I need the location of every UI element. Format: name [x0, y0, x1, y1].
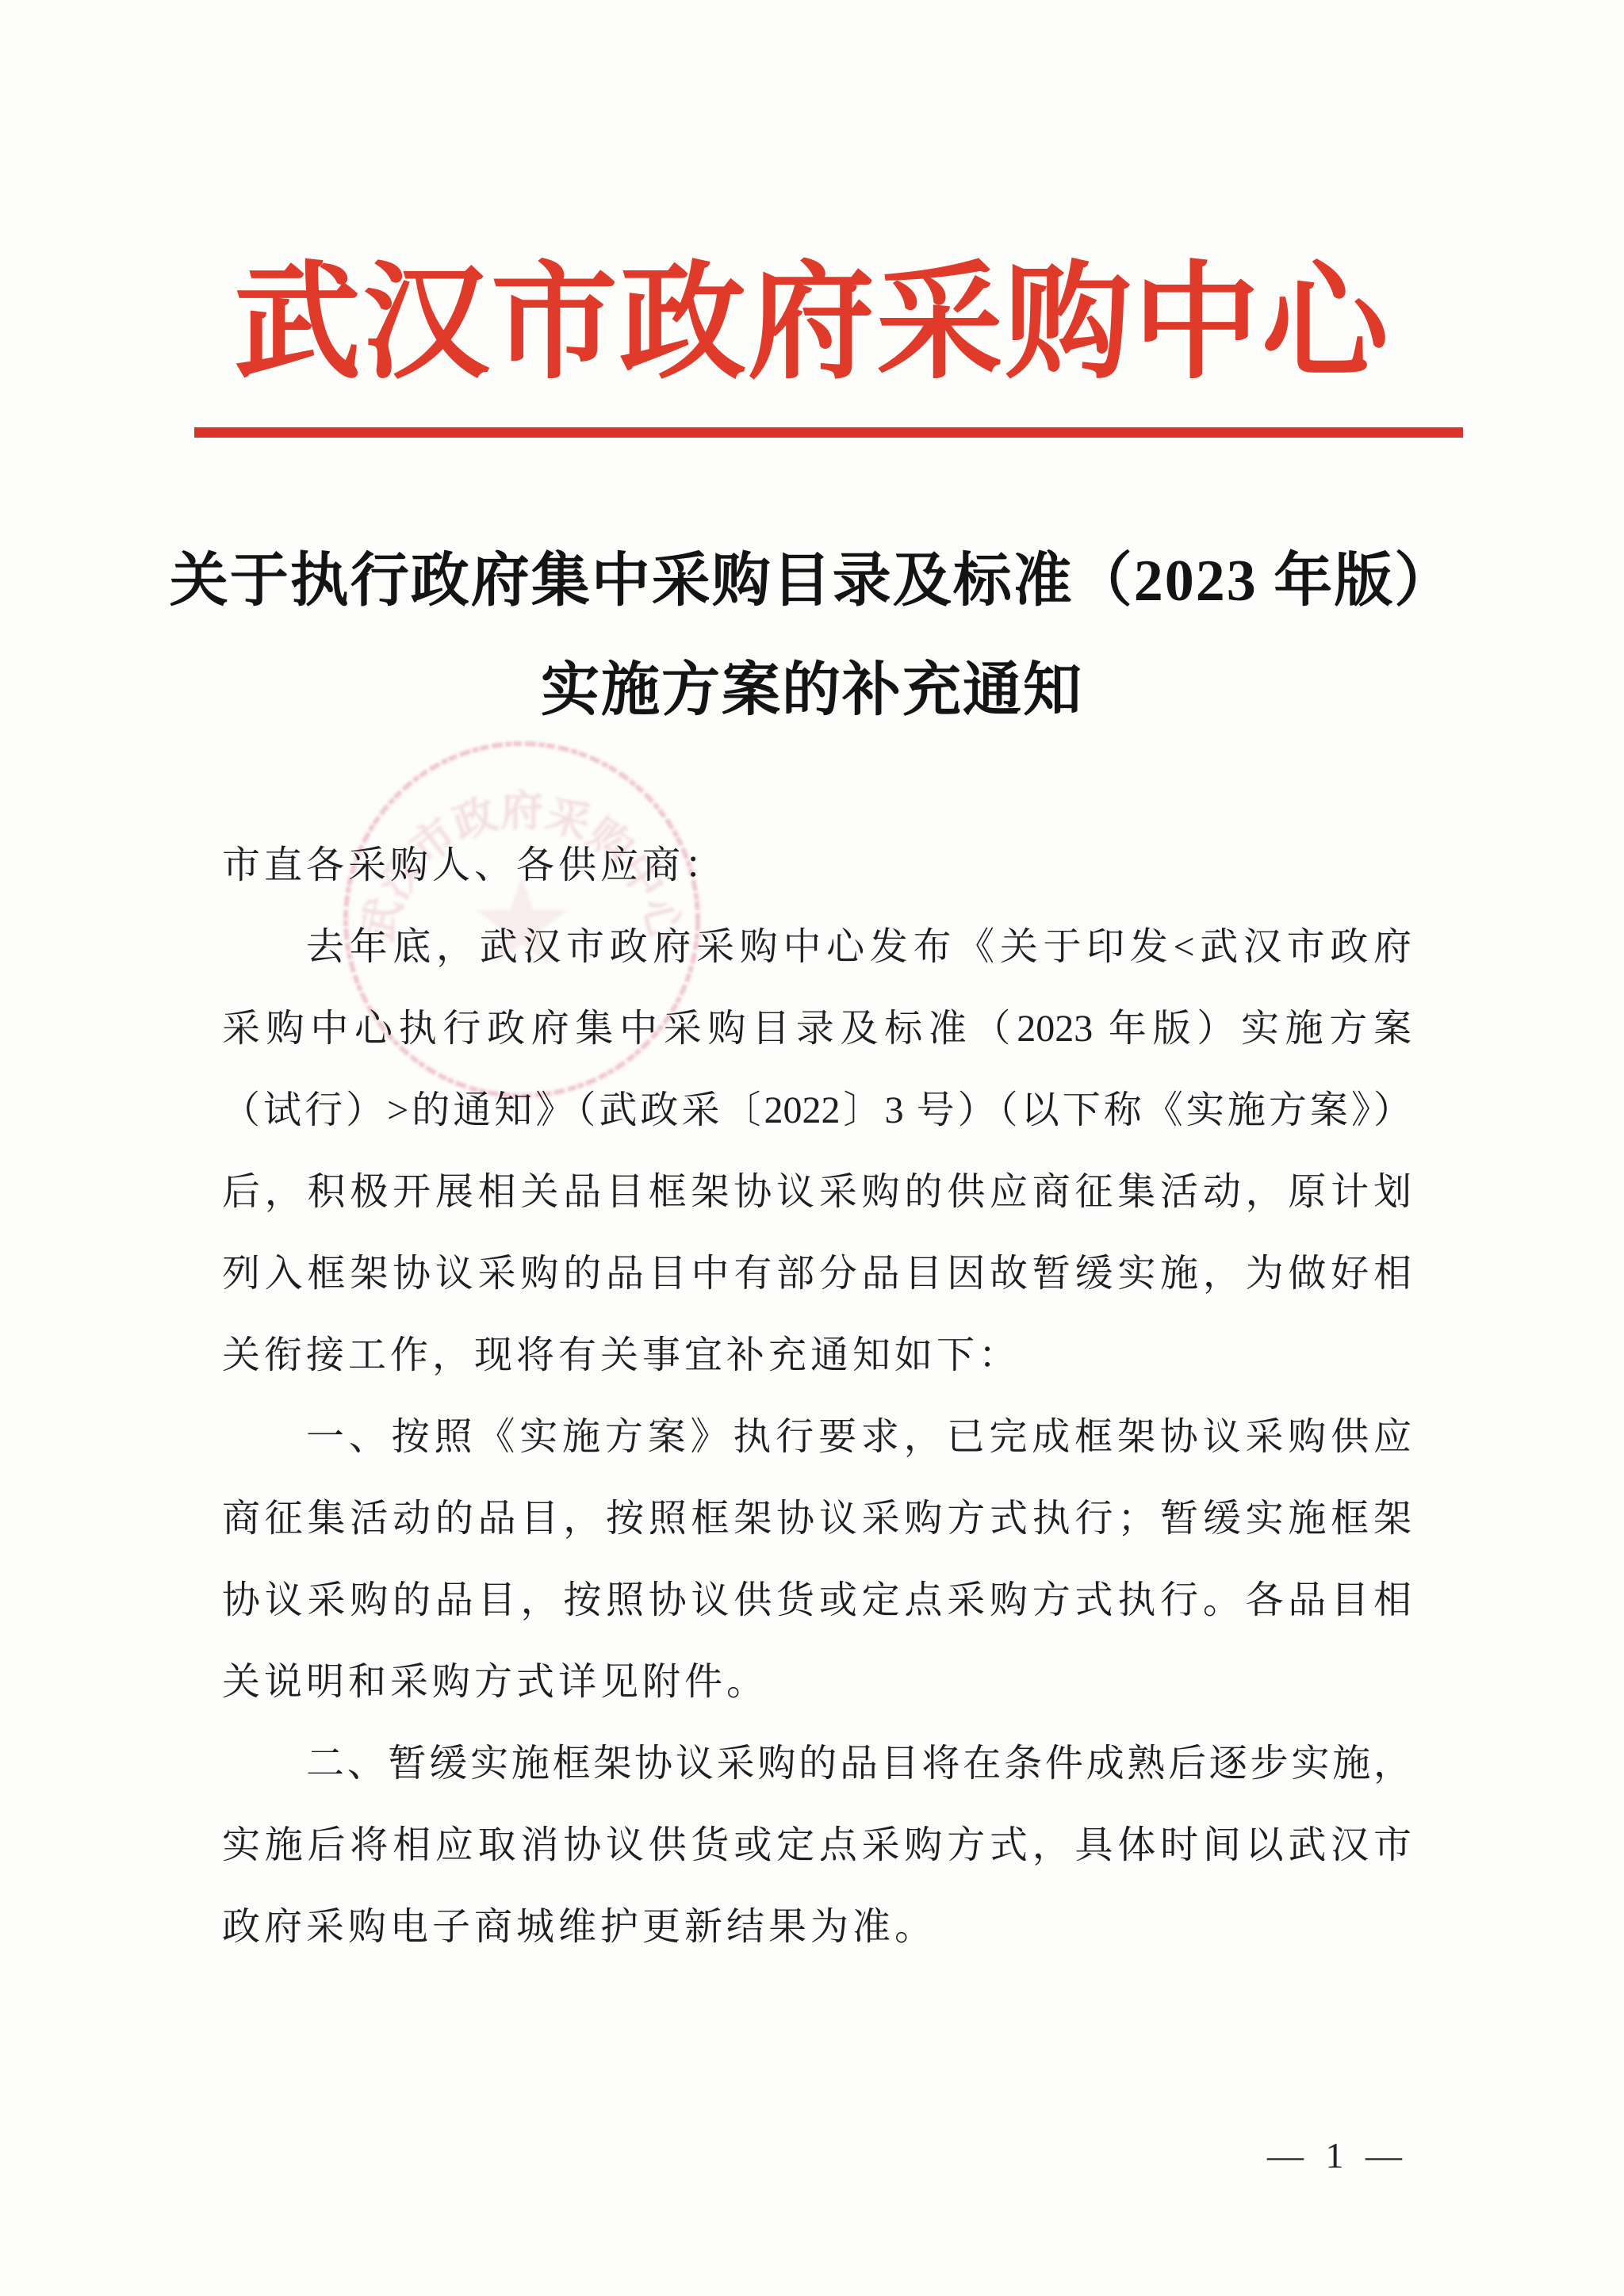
document-title: 关于执行政府集中采购目录及标准（2023 年版） 实施方案的补充通知 — [0, 526, 1624, 745]
document-title-line1: 关于执行政府集中采购目录及标准（2023 年版） — [0, 526, 1624, 636]
document-title-line2: 实施方案的补充通知 — [0, 636, 1624, 745]
letterhead-divider — [194, 427, 1463, 438]
body-line: 市直各采购人、各供应商： — [222, 825, 1411, 906]
body-line: （试行）>的通知》（武政采〔2022〕3 号）（以下称《实施方案》） — [222, 1070, 1411, 1151]
page-number: — 1 — — [1267, 2134, 1408, 2176]
body-line: 商征集活动的品目，按照框架协议采购方式执行；暂缓实施框架 — [222, 1478, 1411, 1559]
body-line: 去年底，武汉市政府采购中心发布《关于印发<武汉市政府 — [222, 906, 1411, 988]
body-line: 关说明和采购方式详见附件。 — [222, 1641, 1411, 1723]
body-text: 市直各采购人、各供应商：去年底，武汉市政府采购中心发布《关于印发<武汉市政府采购… — [222, 825, 1411, 1968]
body-line: 二、暂缓实施框架协议采购的品目将在条件成熟后逐步实施， — [222, 1723, 1411, 1804]
body-line: 实施后将相应取消协议供货或定点采购方式，具体时间以武汉市 — [222, 1804, 1411, 1886]
body-line: 列入框架协议采购的品目中有部分品目因故暂缓实施，为做好相 — [222, 1233, 1411, 1314]
document-page: 武汉市政府采购中心 关于执行政府集中采购目录及标准（2023 年版） 实施方案的… — [0, 0, 1624, 2296]
body-line: 后，积极开展相关品目框架协议采购的供应商征集活动，原计划 — [222, 1151, 1411, 1233]
body-line: 关衔接工作，现将有关事宜补充通知如下： — [222, 1314, 1411, 1396]
body-line: 采购中心执行政府集中采购目录及标准（2023 年版）实施方案 — [222, 988, 1411, 1070]
body-line: 政府采购电子商城维护更新结果为准。 — [222, 1886, 1411, 1968]
body-line: 协议采购的品目，按照协议供货或定点采购方式执行。各品目相 — [222, 1559, 1411, 1641]
body-line: 一、按照《实施方案》执行要求，已完成框架协议采购供应 — [222, 1396, 1411, 1478]
letterhead-title: 武汉市政府采购中心 — [0, 244, 1624, 403]
